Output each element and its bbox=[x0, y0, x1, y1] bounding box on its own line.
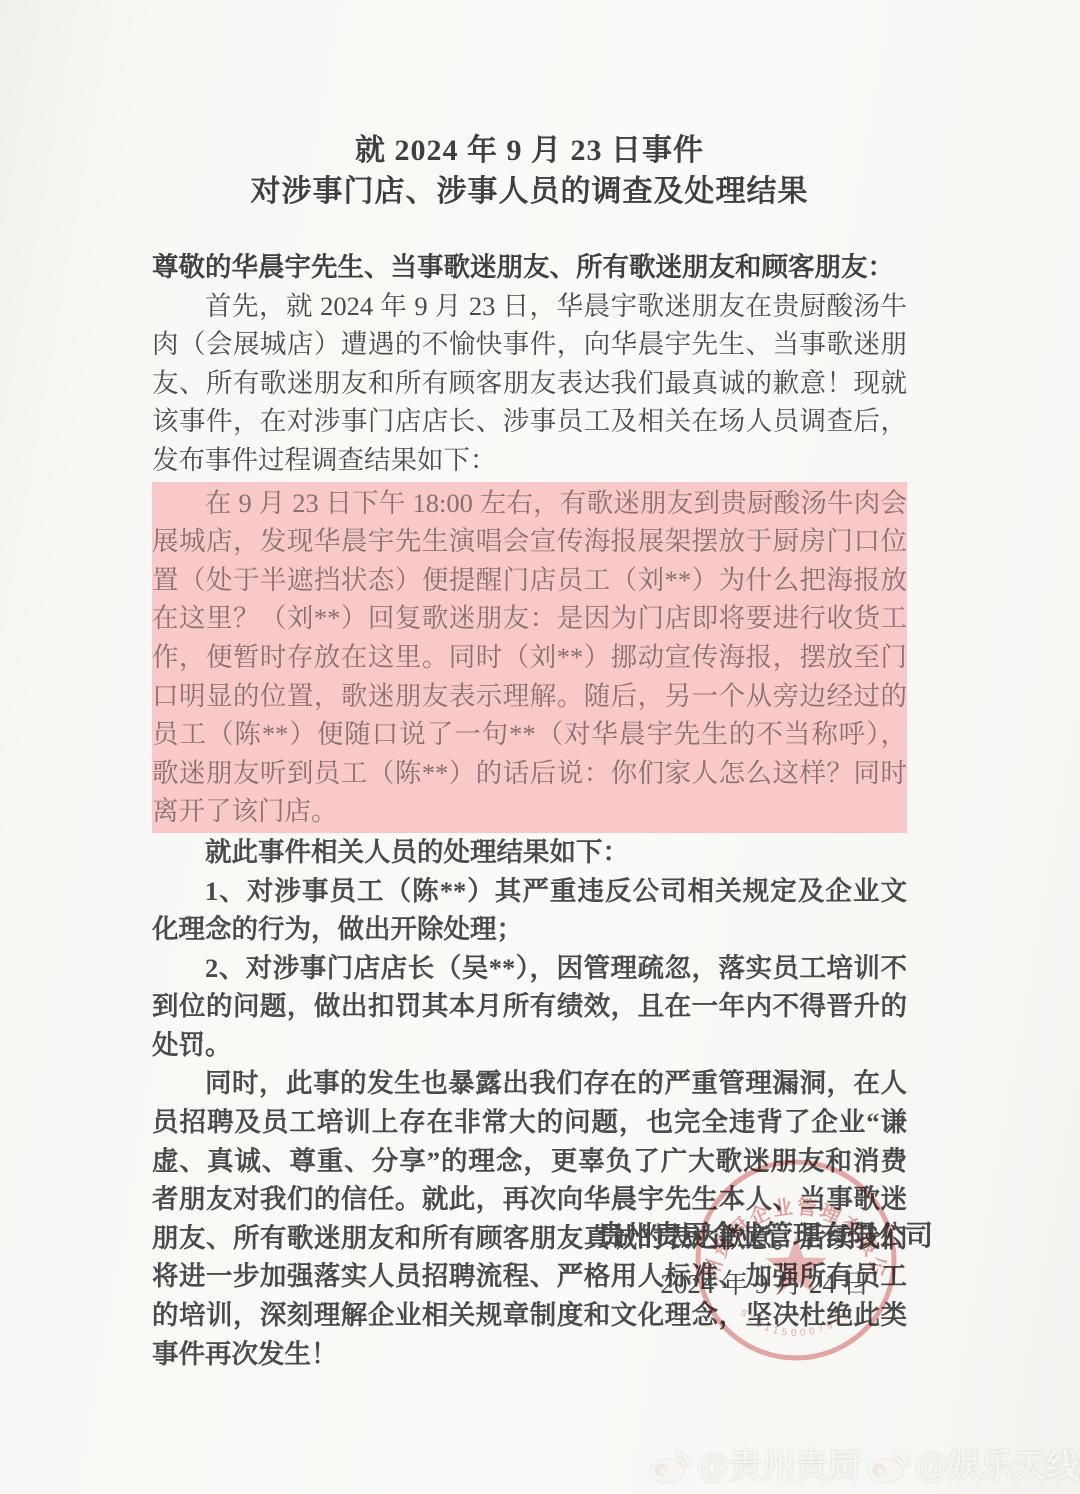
company-seal-stamp: 贵州贵厨企业管理有限公司 5201150007955 bbox=[686, 1150, 906, 1370]
title-line-1: 就 2024 年 9 月 23 日事件 bbox=[152, 130, 907, 171]
weibo-icon bbox=[866, 1444, 910, 1484]
watermark-account-1: @贵州贵厨 bbox=[697, 1440, 861, 1487]
intro-paragraph: 首先，就 2024 年 9 月 23 日，华晨宇歌迷朋友在贵厨酸汤牛肉（会展城店… bbox=[152, 287, 907, 480]
title-line-2: 对涉事门店、涉事人员的调查及处理结果 bbox=[152, 171, 907, 212]
highlight-paragraph: 在 9 月 23 日下午 18:00 左右，有歌迷朋友到贵厨酸汤牛肉会展城店，发… bbox=[152, 484, 907, 831]
document-page: 就 2024 年 9 月 23 日事件 对涉事门店、涉事人员的调查及处理结果 尊… bbox=[0, 0, 1080, 1494]
weibo-icon bbox=[648, 1444, 692, 1484]
watermark: @贵州贵厨 @娱乐天线迪西 bbox=[648, 1440, 1080, 1487]
salutation: 尊敬的华晨宇先生、当事歌迷朋友、所有歌迷朋友和顾客朋友： bbox=[152, 248, 907, 287]
document-title: 就 2024 年 9 月 23 日事件 对涉事门店、涉事人员的调查及处理结果 bbox=[152, 130, 907, 212]
result-heading: 就此事件相关人员的处理结果如下： bbox=[152, 833, 907, 872]
svg-text:5201150007955: 5201150007955 bbox=[738, 1308, 854, 1339]
result-item-1: 1、对涉事员工（陈**）其严重违反公司相关规定及企业文化理念的行为，做出开除处理… bbox=[152, 872, 907, 949]
watermark-account-2: @娱乐天线迪西 bbox=[915, 1440, 1080, 1487]
seal-star-icon bbox=[766, 1236, 827, 1294]
result-item-2: 2、对涉事门店店长（吴**），因管理疏忽，落实员工培训不到位的问题，做出扣罚其本… bbox=[152, 949, 907, 1065]
seal-serial-number: 5201150007955 bbox=[738, 1308, 854, 1339]
highlighted-investigation-result: 在 9 月 23 日下午 18:00 左右，有歌迷朋友到贵厨酸汤牛肉会展城店，发… bbox=[152, 482, 907, 833]
